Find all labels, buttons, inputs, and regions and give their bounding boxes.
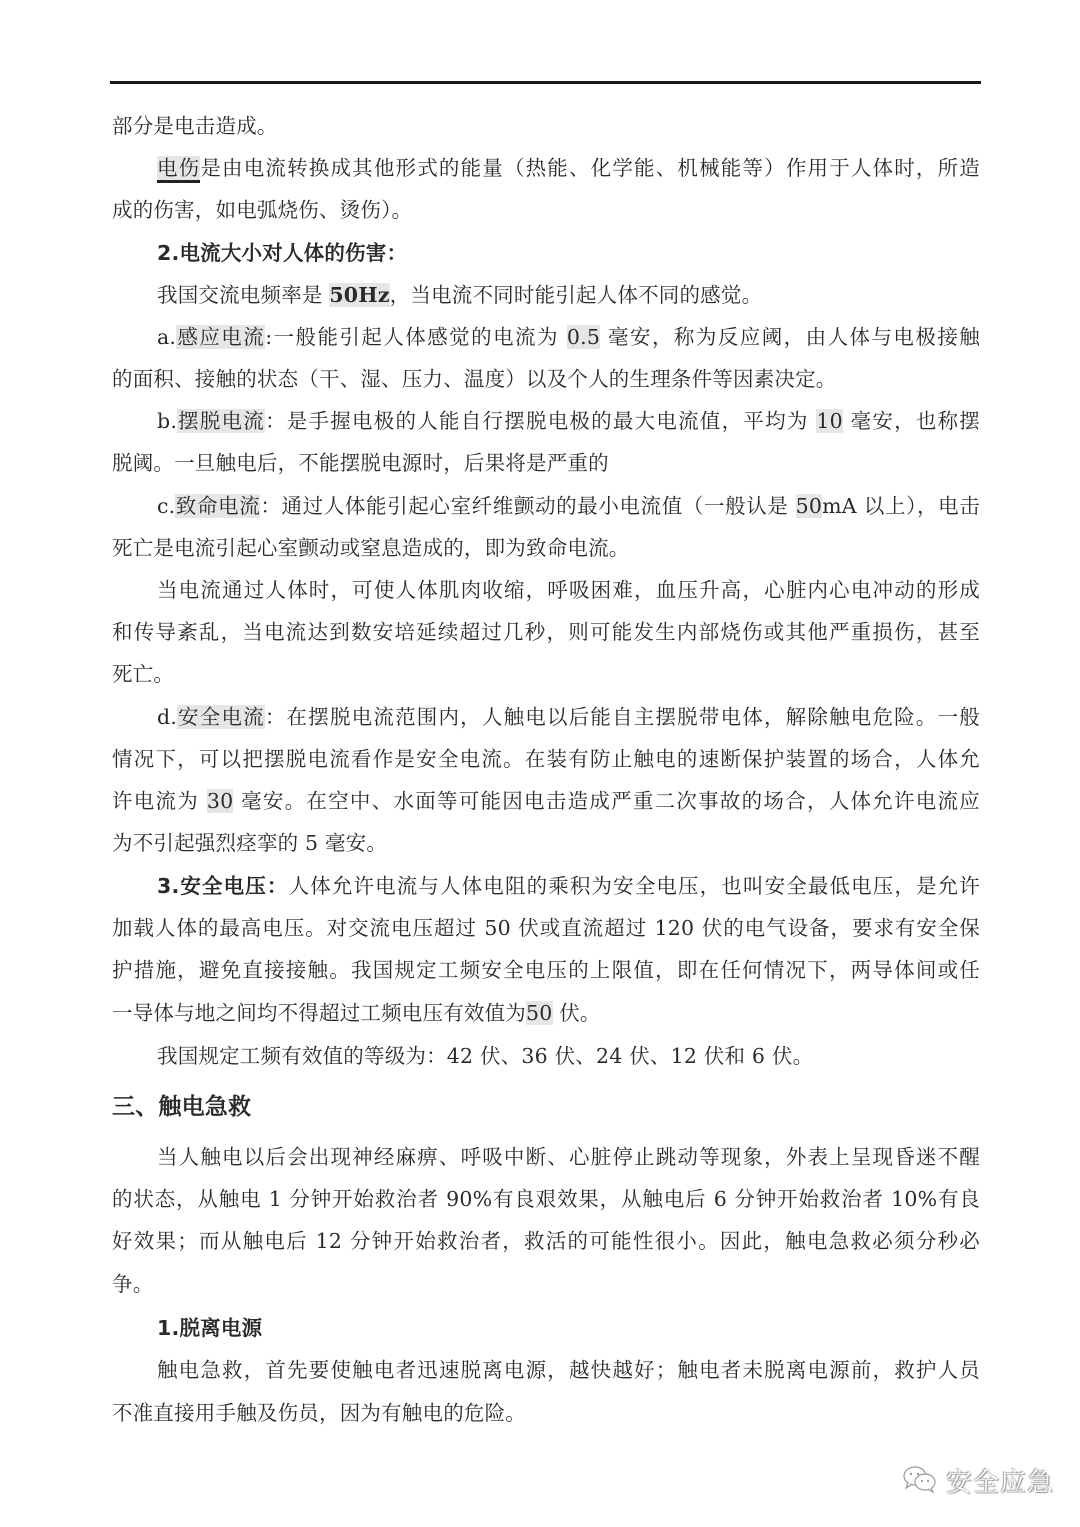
frequency-value: 50Hz [329,283,389,307]
watermark: 安全应急 [902,1462,1054,1499]
section-3-line-4: 一导体与地之间均不得超过工频电压有效值为50 伏。 [112,998,980,1028]
watermark-text: 安全应急 [946,1462,1054,1499]
item-b-line-1: b.摆脱电流：是手握电极的人能自行摆脱电极的最大电流值，平均为 10 毫安，也称… [157,406,980,436]
term-perception-current: 感应电流 [176,325,265,349]
section-3-heading: 3.安全电压： [157,874,289,898]
text: 人体允许电流与人体电阻的乘积为安全电压，也叫安全最低电压，是允许 [289,874,980,898]
item-b-line-2: 脱阈。一旦触电后，不能摆脱电源时，后果将是严重的 [112,448,980,478]
subsection-1-heading: 1.脱离电源 [157,1313,980,1343]
text: 一导体与地之间均不得超过工频电压有效值为 [112,1001,526,1025]
effects-line-3: 死亡。 [112,659,980,689]
text: 毫安。在空中、水面等可能因电击造成严重二次事故的场合，人体允许电流应 [233,789,980,813]
effects-line-2: 和传导紊乱，当电流达到数安培延续超过几秒，则可能发生内部烧伤或其他严重损伤，甚至 [112,617,980,647]
first-aid-line-1: 当人触电以后会出现神经麻痹、呼吸中断、心脏停止跳动等现象，外表上呈现昏迷不醒 [157,1142,980,1172]
item-prefix: b. [157,409,177,433]
wechat-icon [902,1464,938,1498]
frequency-line: 我国交流电频率是 50Hz，当电流不同时能引起人体不同的感觉。 [157,280,980,310]
text: ：是手握电极的人能自行摆脱电极的最大电流值，平均为 [265,409,816,433]
text: 毫安，也称摆 [843,409,980,433]
header-rule [110,81,981,84]
first-aid-line-2: 的状态，从触电 1 分钟开始救治者 90%有良艰效果，从触电后 6 分钟开始救治… [112,1184,980,1214]
continued-line: 部分是电击造成。 [112,111,980,141]
value-highlight: 10 [816,409,843,433]
item-c-line-2: 死亡是电流引起心室颤动或窒息造成的，即为致命电流。 [112,533,980,563]
text: :一般能引起人体感觉的电流为 [265,325,567,349]
value-highlight: 50 [796,494,823,518]
value-highlight: 50 [526,1001,553,1025]
first-aid-line-3: 好效果；而从触电后 12 分钟开始救治者，救活的可能性很小。因此，触电急救必须分… [112,1226,980,1256]
term-lethal-current: 致命电流 [175,494,260,518]
electric-injury-line-2: 成的伤害，如电弧烧伤、烫伤）。 [112,195,980,225]
section-3-line-2: 加载人体的最高电压。对交流电压超过 50 伏或直流超过 120 伏的电气设备，要… [112,913,980,943]
item-d-line-2: 情况下，可以把摆脱电流看作是安全电流。在装有防止触电的速断保护装置的场合，人体允 [112,744,980,774]
text: ：在摆脱电流范围内，人触电以后能自主摆脱带电体，解除触电危险。一般 [265,705,980,729]
first-aid-line-4: 争。 [112,1269,980,1299]
item-prefix: d. [157,705,177,729]
item-a-line-2: 的面积、接触的状态（干、湿、压力、温度）以及个人的生理条件等因素决定。 [112,364,980,394]
effects-line-1: 当电流通过人体时，可使人体肌肉收缩，呼吸困难，血压升高，心脏内心电冲动的形成 [157,575,980,605]
text: mA 以上），电击 [822,494,980,518]
item-c-line-1: c.致命电流：通过人体能引起心室纤维颤动的最小电流值（一般认是 50mA 以上）… [157,491,980,521]
section-3-line-1: 3.安全电压：人体允许电流与人体电阻的乘积为安全电压，也叫安全最低电压，是允许 [157,871,980,901]
term-safe-current: 安全电流 [177,705,265,729]
electric-injury-line-1: 电伤是由电流转换成其他形式的能量（热能、化学能、机械能等）作用于人体时，所造 [157,153,980,183]
subsection-1-line-1: 触电急救，首先要使触电者迅速脱离电源，越快越好；触电者未脱离电源前，救护人员 [157,1355,980,1385]
item-d-line-4: 为不引起强烈痉挛的 5 毫安。 [112,828,980,858]
text: 我国交流电频率是 [157,283,329,307]
term-letgo-current: 摆脱电流 [177,409,265,433]
item-prefix: c. [157,494,175,518]
text: 是由电流转换成其他形式的能量（热能、化学能、机械能等）作用于人体时，所造 [200,156,980,180]
section-3-line-3: 护措施，避免直接接触。我国规定工频安全电压的上限值，即在任何情况下，两导体间或任 [112,955,980,985]
text: 伏。 [553,1001,601,1025]
subsection-1-line-2: 不准直接用手触及伤员，因为有触电的危险。 [112,1398,980,1428]
term-electric-injury: 电伤 [157,156,200,183]
text: ：通过人体能引起心室纤维颤动的最小电流值（一般认是 [260,494,795,518]
item-prefix: a. [157,325,176,349]
text: ，当电流不同时能引起人体不同的感觉。 [390,283,763,307]
value-highlight: 30 [207,789,234,813]
item-d-line-1: d.安全电流：在摆脱电流范围内，人触电以后能自主摆脱带电体，解除触电危险。一般 [157,702,980,732]
section-2-heading: 2.电流大小对人体的伤害： [157,238,980,268]
item-d-line-3: 许电流为 30 毫安。在空中、水面等可能因电击造成严重二次事故的场合，人体允许电… [112,786,980,816]
text: 毫安，称为反应阈，由人体与电极接触 [600,325,980,349]
item-a-line-1: a.感应电流:一般能引起人体感觉的电流为 0.5 毫安，称为反应阈，由人体与电极… [157,322,980,352]
voltage-levels: 我国规定工频有效值的等级为：42 伏、36 伏、24 伏、12 伏和 6 伏。 [157,1041,980,1071]
chapter-3-heading: 三、触电急救 [112,1092,980,1122]
value-highlight: 0.5 [567,325,600,349]
text: 许电流为 [112,789,207,813]
